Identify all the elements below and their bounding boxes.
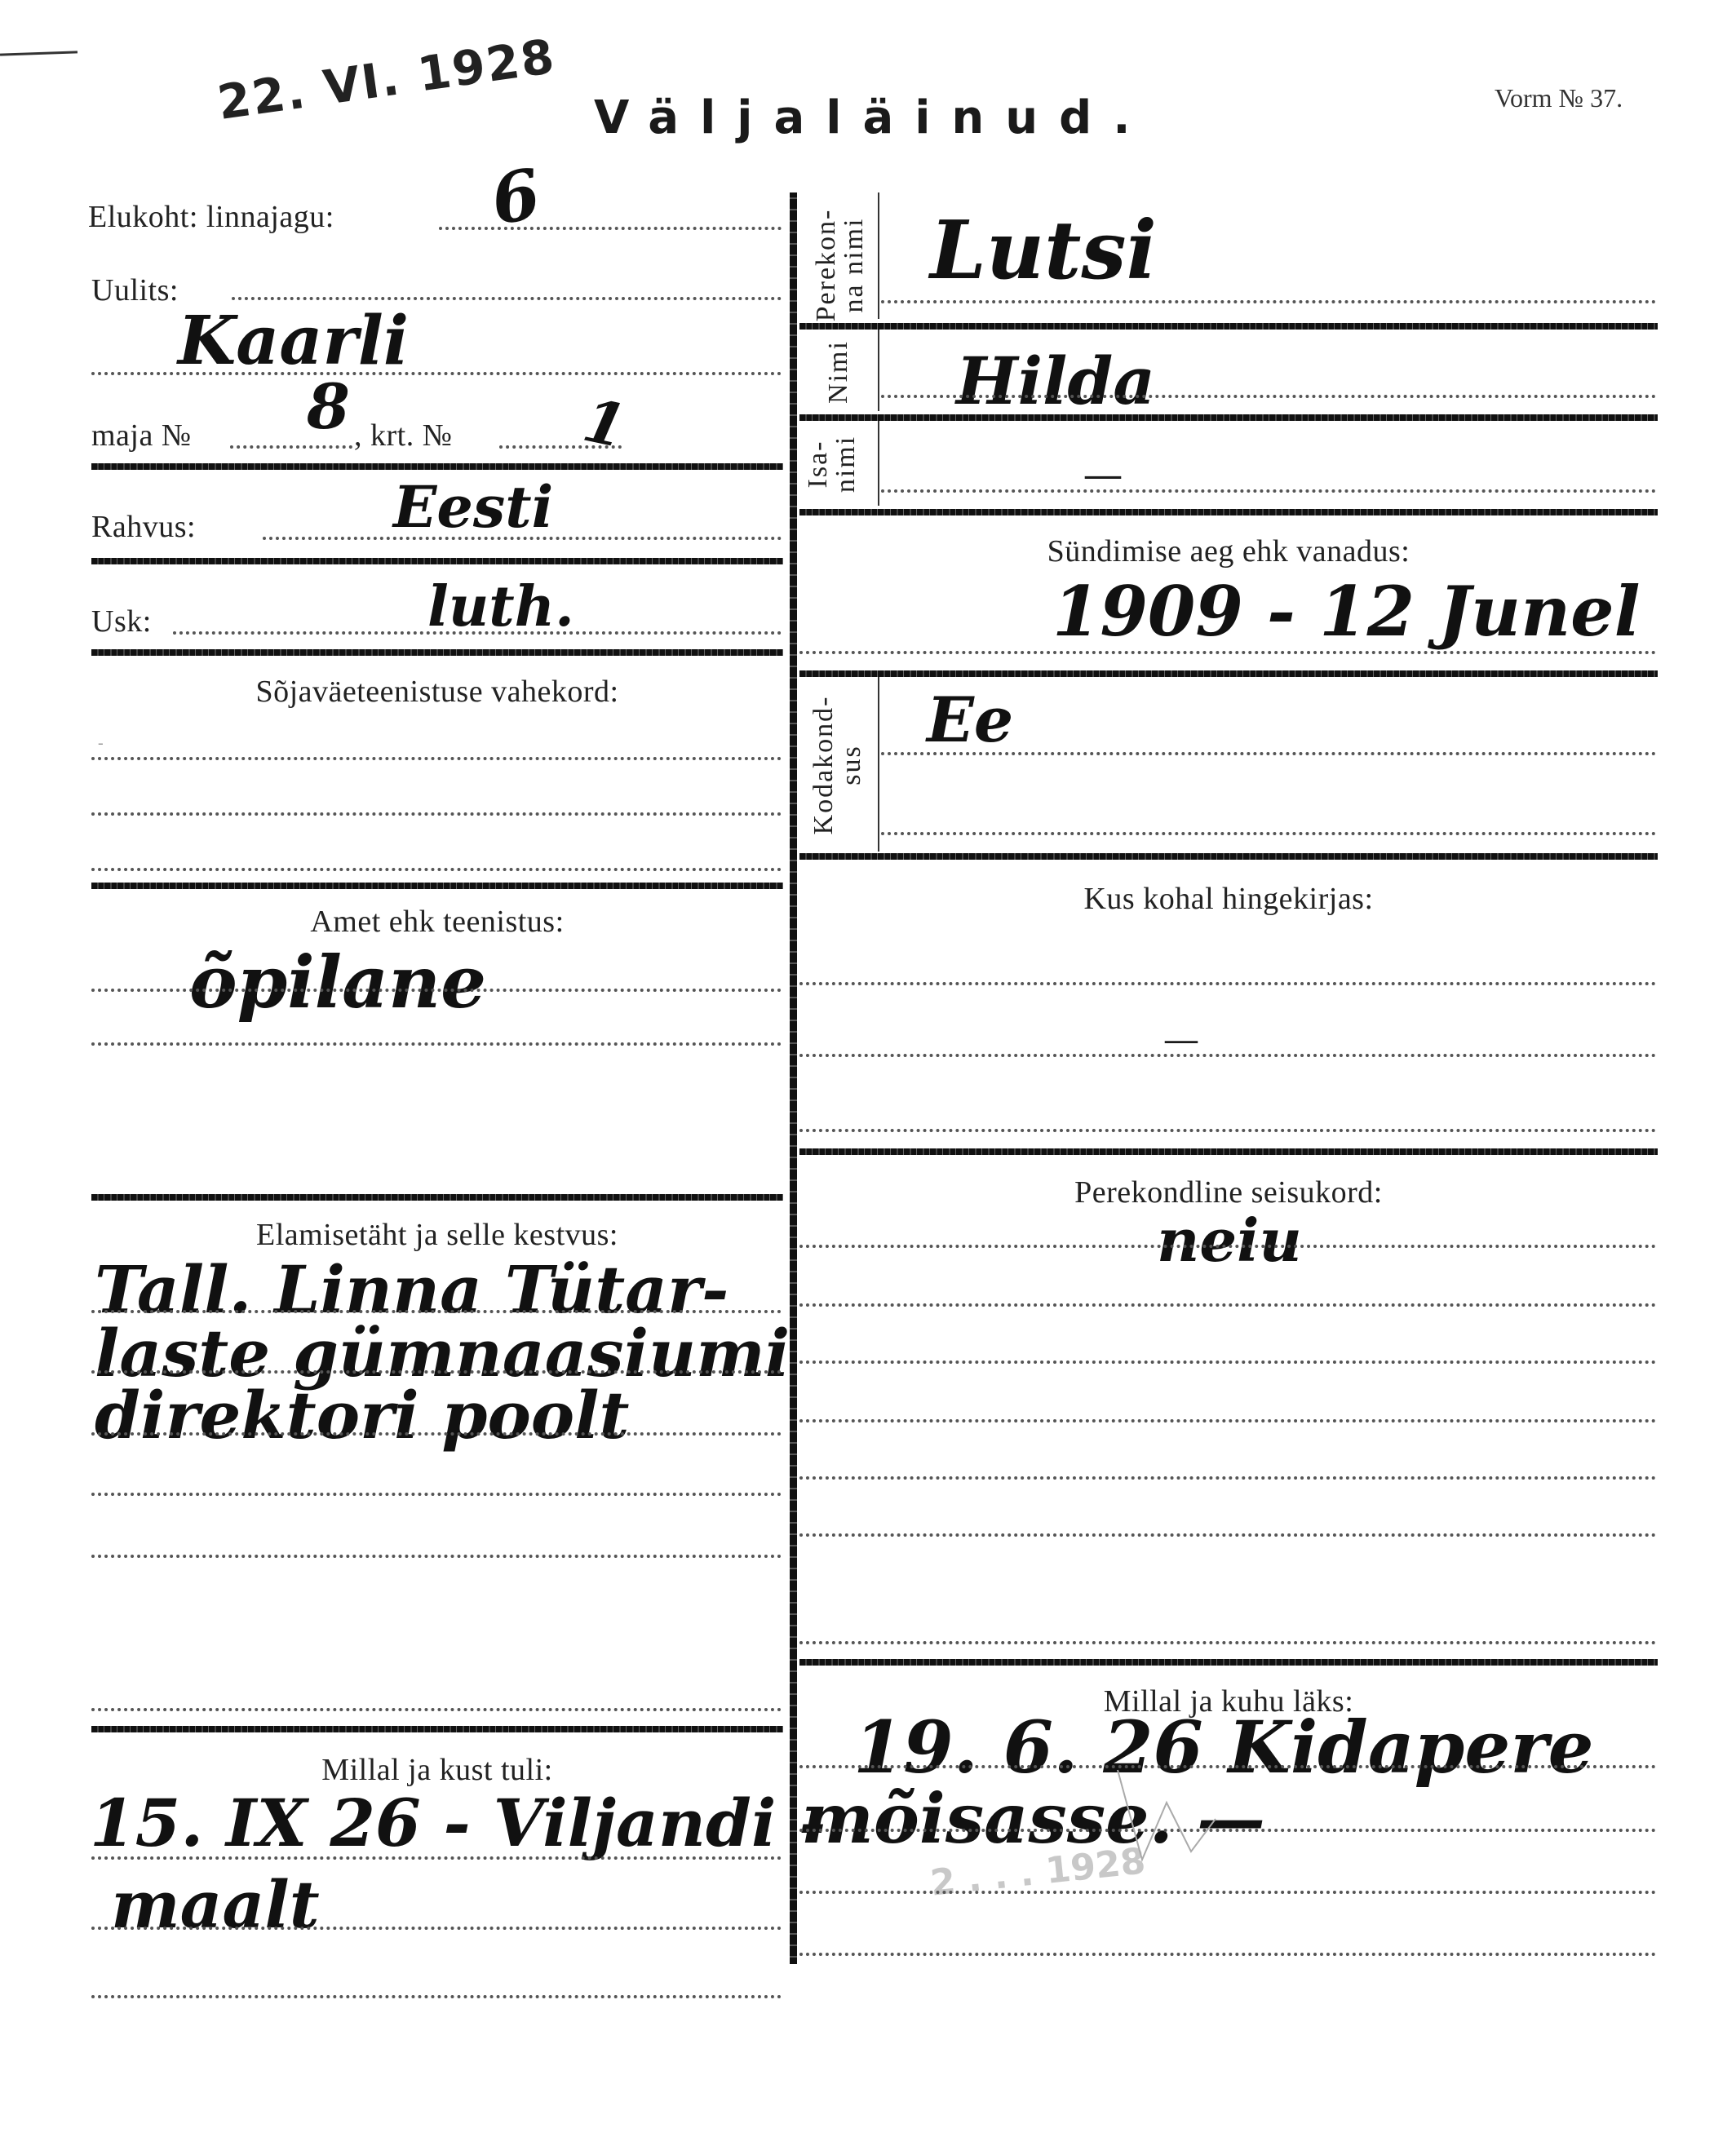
- usk-label: Usk:: [91, 604, 152, 639]
- kodakondsus-label-line-1: Kodakond-: [810, 684, 838, 847]
- spacer-line: [799, 1641, 1656, 1644]
- amet-value[interactable]: õpilane: [189, 940, 486, 1024]
- elamisetaht-line-4: [91, 1493, 782, 1496]
- kodakondsus-label-line-2: sus: [838, 684, 866, 847]
- section-rule: [799, 853, 1658, 860]
- uulits-line-2: [91, 372, 782, 375]
- millal-tuli-line-1-text[interactable]: 15. IX 26 - Viljandi -: [90, 1785, 826, 1861]
- perekondline-line-2: [799, 1303, 1656, 1307]
- section-rule: [91, 1726, 783, 1732]
- sundimise-value[interactable]: 1909 - 12 Junel: [1052, 571, 1641, 652]
- rahvus-label: Rahvus:: [91, 509, 196, 545]
- form-number: Vorm № 37.: [1495, 83, 1623, 113]
- sundimise-label: Sündimise aeg ehk vanadus:: [799, 533, 1658, 569]
- perekondline-line-1: [799, 1245, 1656, 1248]
- section-rule: [91, 883, 783, 889]
- sojavae-value[interactable]: -: [98, 734, 104, 753]
- millal-tuli-line-2: [91, 1927, 782, 1930]
- sojavae-line-3: [91, 868, 782, 871]
- section-rule: [799, 509, 1658, 515]
- document-title: Väljaläinud.: [594, 91, 1152, 144]
- section-rule: [91, 558, 783, 564]
- label-column-divider: [878, 421, 879, 506]
- nimi-line: [881, 395, 1656, 398]
- amet-label: Amet ehk teenistus:: [91, 904, 783, 940]
- korter-value[interactable]: 1: [578, 385, 632, 462]
- sojavae-line-1: [91, 757, 782, 760]
- perekonnanimi-value[interactable]: Lutsi: [930, 204, 1157, 298]
- perekondline-line-5: [799, 1476, 1656, 1480]
- section-rule: [91, 649, 783, 656]
- section-rule: [799, 414, 1658, 421]
- hingekirjas-line-3: [799, 1129, 1656, 1132]
- rahvus-value[interactable]: Eesti: [393, 473, 553, 541]
- perekonnanimi-label-line-2: na nimi: [840, 204, 868, 326]
- maja-label: maja №: [91, 418, 192, 454]
- nimi-value[interactable]: Hilda: [956, 343, 1155, 419]
- perekondline-line-3: [799, 1361, 1656, 1364]
- sojavae-label: Sõjaväeteenistuse vahekord:: [91, 674, 783, 710]
- sundimise-line: [799, 651, 1656, 654]
- section-rule: [799, 670, 1658, 677]
- elamisetaht-line-3-text[interactable]: direktori poolt: [95, 1377, 630, 1453]
- section-rule: [799, 1148, 1658, 1155]
- uulits-value[interactable]: Kaarli: [178, 302, 409, 380]
- kodakondsus-label: Kodakond- sus: [810, 684, 867, 847]
- elukoht-line: [439, 227, 782, 230]
- millal-tuli-line-3: [91, 1995, 782, 1998]
- hingekirjas-label: Kus kohal hingekirjas:: [799, 881, 1658, 917]
- elamisetaht-label: Elamisetäht ja selle kestvus:: [91, 1217, 783, 1253]
- section-rule: [799, 1659, 1658, 1666]
- uulits-line-1: [232, 297, 782, 300]
- amet-line-2: [91, 1042, 782, 1046]
- rahvus-line: [263, 537, 782, 540]
- section-rule: [799, 323, 1658, 330]
- kodakondsus-line-2: [881, 832, 1656, 835]
- section-rule: [91, 463, 783, 470]
- amet-line-1: [91, 989, 782, 992]
- label-column-divider: [878, 330, 879, 411]
- margin-stroke: [0, 51, 77, 55]
- maja-value[interactable]: 8: [307, 370, 350, 443]
- pencil-scribble-icon: [1109, 1762, 1273, 1876]
- millal-lahks-line-3: [799, 1891, 1656, 1894]
- elukoht-label: Elukoht: linnajagu:: [88, 199, 334, 235]
- maja-line: [230, 445, 352, 449]
- kodakondsus-value[interactable]: Ee: [927, 684, 1013, 756]
- millal-tuli-label: Millal ja kust tuli:: [91, 1752, 783, 1788]
- millal-tuli-line-1: [91, 1856, 782, 1860]
- korter-label: , krt. №: [354, 418, 452, 454]
- date-stamp: 22. VI. 1928: [215, 29, 559, 131]
- perekondline-value[interactable]: neiu: [1157, 1206, 1302, 1275]
- elamisetaht-line-1: [91, 1310, 782, 1313]
- uulits-label: Uulits:: [91, 272, 179, 308]
- nimi-label: Nimi: [825, 319, 857, 425]
- isanimi-line: [881, 489, 1656, 493]
- hingekirjas-line-1: [799, 982, 1656, 985]
- perekonnanimi-label: Perekon- na nimi: [813, 204, 870, 326]
- spacer-line: [91, 1708, 782, 1711]
- isanimi-label: Isa- nimi: [804, 419, 861, 509]
- perekonnanimi-line: [881, 300, 1656, 303]
- perekondline-line-6: [799, 1533, 1656, 1537]
- section-rule: [91, 1194, 783, 1201]
- kodakondsus-line-1: [881, 752, 1656, 755]
- hingekirjas-value[interactable]: —: [1165, 1020, 1198, 1058]
- isanimi-label-line-2: nimi: [832, 419, 860, 509]
- elamisetaht-line-2: [91, 1370, 782, 1374]
- label-column-divider: [878, 192, 879, 319]
- isanimi-label-line-1: Isa-: [804, 419, 832, 509]
- label-column-divider: [878, 677, 879, 852]
- millal-tuli-line-2-text[interactable]: maalt: [111, 1866, 320, 1943]
- elamisetaht-line-5: [91, 1555, 782, 1558]
- perekondline-line-4: [799, 1419, 1656, 1422]
- perekonnanimi-label-line-1: Perekon-: [813, 204, 840, 326]
- center-divider: [790, 192, 797, 1964]
- millal-lahks-line-4: [799, 1953, 1656, 1956]
- elamisetaht-line-3: [91, 1432, 782, 1436]
- usk-line: [173, 631, 782, 635]
- sojavae-line-2: [91, 812, 782, 816]
- hingekirjas-line-2: [799, 1054, 1656, 1057]
- usk-value[interactable]: luth.: [427, 574, 574, 639]
